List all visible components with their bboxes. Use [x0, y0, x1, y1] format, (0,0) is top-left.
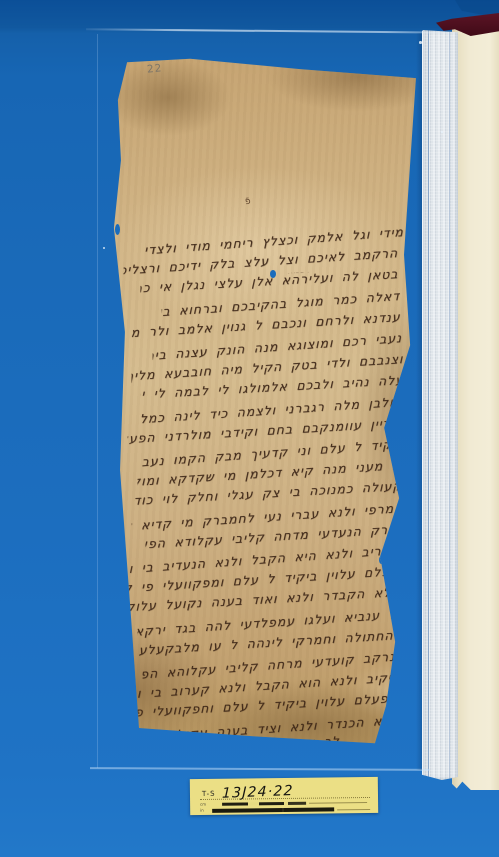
manuscript-line: לך וצחבו פי ל קועלמיע [212, 734, 340, 760]
dust-speck [103, 247, 105, 249]
scale-bar-in: in [200, 807, 370, 813]
classmark-number: 13J24·22 [221, 785, 293, 801]
sleeve-bottom-edge [90, 767, 430, 770]
classmark-prefix: T-S [202, 790, 216, 798]
binding-gauze-strip [422, 30, 458, 780]
sleeve-top-edge [86, 28, 462, 34]
scale-bar-rule [309, 802, 367, 804]
scale-caption: in [200, 810, 206, 813]
pencil-foliation: 22 [146, 62, 163, 76]
sleeve-right-shadow [416, 33, 422, 770]
fragment-hole [115, 224, 120, 235]
dust-speck [441, 131, 443, 133]
scale-bar-segments [212, 807, 335, 812]
scale-bar-segments [222, 802, 306, 806]
photo: 22 פֿ מידי וגל אלמק וכצלץ ריחמי מודי ולצ… [0, 0, 499, 857]
classmark-label: T-S 13J24·22 cm in [190, 777, 378, 815]
scale-bar-rule [338, 808, 371, 809]
scale-caption: cm [200, 803, 206, 806]
classmark-row: T-S 13J24·22 [200, 780, 370, 800]
dust-speck [419, 41, 422, 44]
sleeve-left-edge [97, 34, 98, 768]
manuscript-text-block: מידי וגל אלמק וכצלץ ריחמי מודי ולצדי כר … [127, 198, 405, 750]
fragment-hole [392, 459, 403, 474]
manuscript-fragment: 22 פֿ מידי וגל אלמק וכצלץ ריחמי מודי ולצ… [113, 56, 419, 746]
album-page [452, 24, 499, 790]
